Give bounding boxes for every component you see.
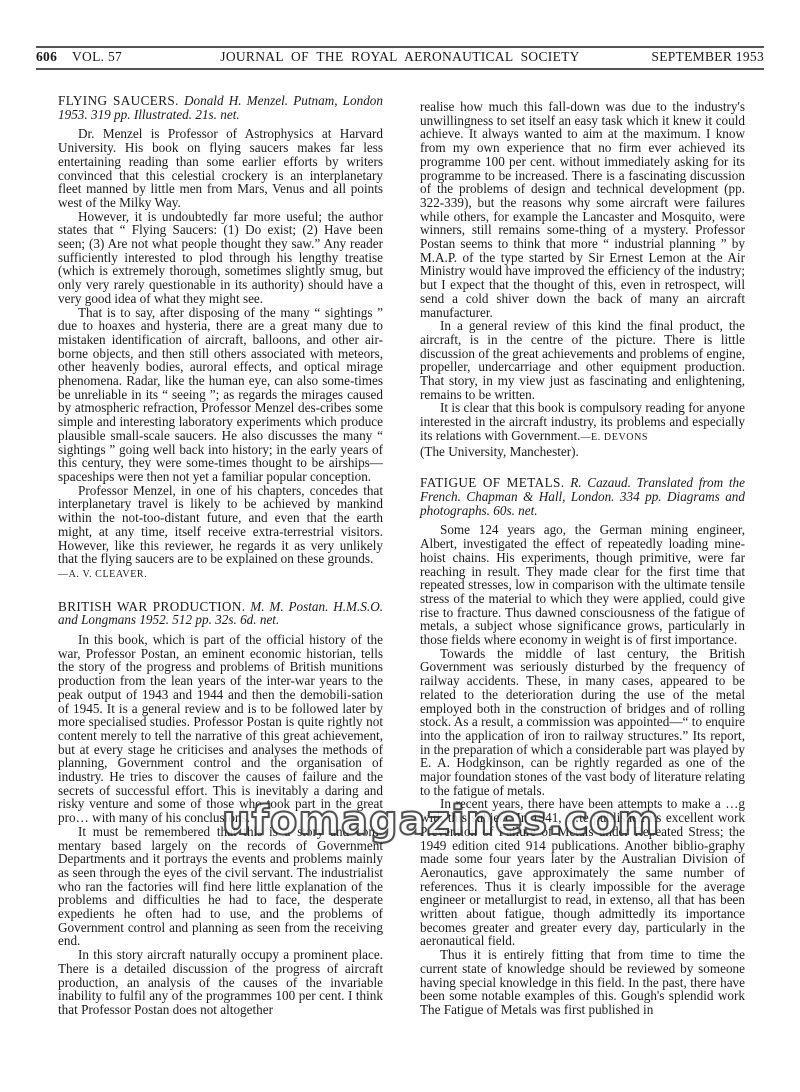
issue-date: SEPTEMBER 1953 [651, 49, 764, 65]
paragraph-continued: realise how much this fall-down was due … [420, 100, 745, 319]
watermark: ufomagazines.com [222, 798, 660, 844]
reviewer-affiliation: (The University, Manchester). [420, 445, 745, 459]
review-fatigue-of-metals: FATIGUE OF METALS. R. Cazaud. Translated… [420, 476, 745, 1016]
paragraph: In a general review of this kind the fin… [420, 319, 745, 401]
running-header: 606 VOL. 57 JOURNAL OF THE ROYAL AERONAU… [36, 46, 764, 68]
header-rule-bottom [36, 68, 764, 70]
paragraph: Professor Menzel, in one of his chapters… [58, 484, 383, 566]
reviewer-signature: —A. V. CLEAVER. [58, 569, 147, 580]
paragraph: That is to say, after disposing of the m… [58, 306, 383, 484]
review-heading: FLYING SAUCERS. Donald H. Menzel. Putnam… [58, 94, 383, 121]
paragraph: Thus it is entirely fitting that from ti… [420, 948, 745, 1017]
paragraph: Towards the middle of last century, the … [420, 647, 745, 798]
header-row: 606 VOL. 57 JOURNAL OF THE ROYAL AERONAU… [36, 49, 764, 65]
review-heading: BRITISH WAR PRODUCTION. M. M. Postan. H.… [58, 600, 383, 627]
paragraph: Dr. Menzel is Professor of Astrophysics … [58, 127, 383, 209]
paragraph: However, it is undoubtedly far more usef… [58, 210, 383, 306]
paragraph: Some 124 years ago, the German mining en… [420, 523, 745, 646]
paragraph: It is clear that this book is compulsory… [420, 401, 745, 444]
reviewer-signature: —E. DEVONS [580, 432, 648, 443]
right-column: realise how much this fall-down was due … [420, 100, 745, 1017]
review-flying-saucers: FLYING SAUCERS. Donald H. Menzel. Putnam… [58, 94, 383, 582]
paragraph: In this book, which is part of the offic… [58, 633, 383, 825]
review-heading: FATIGUE OF METALS. R. Cazaud. Translated… [420, 476, 745, 517]
paragraph: In this story aircraft naturally occupy … [58, 948, 383, 1017]
header-rule-top [36, 46, 764, 48]
left-column: FLYING SAUCERS. Donald H. Menzel. Putnam… [58, 94, 383, 1017]
